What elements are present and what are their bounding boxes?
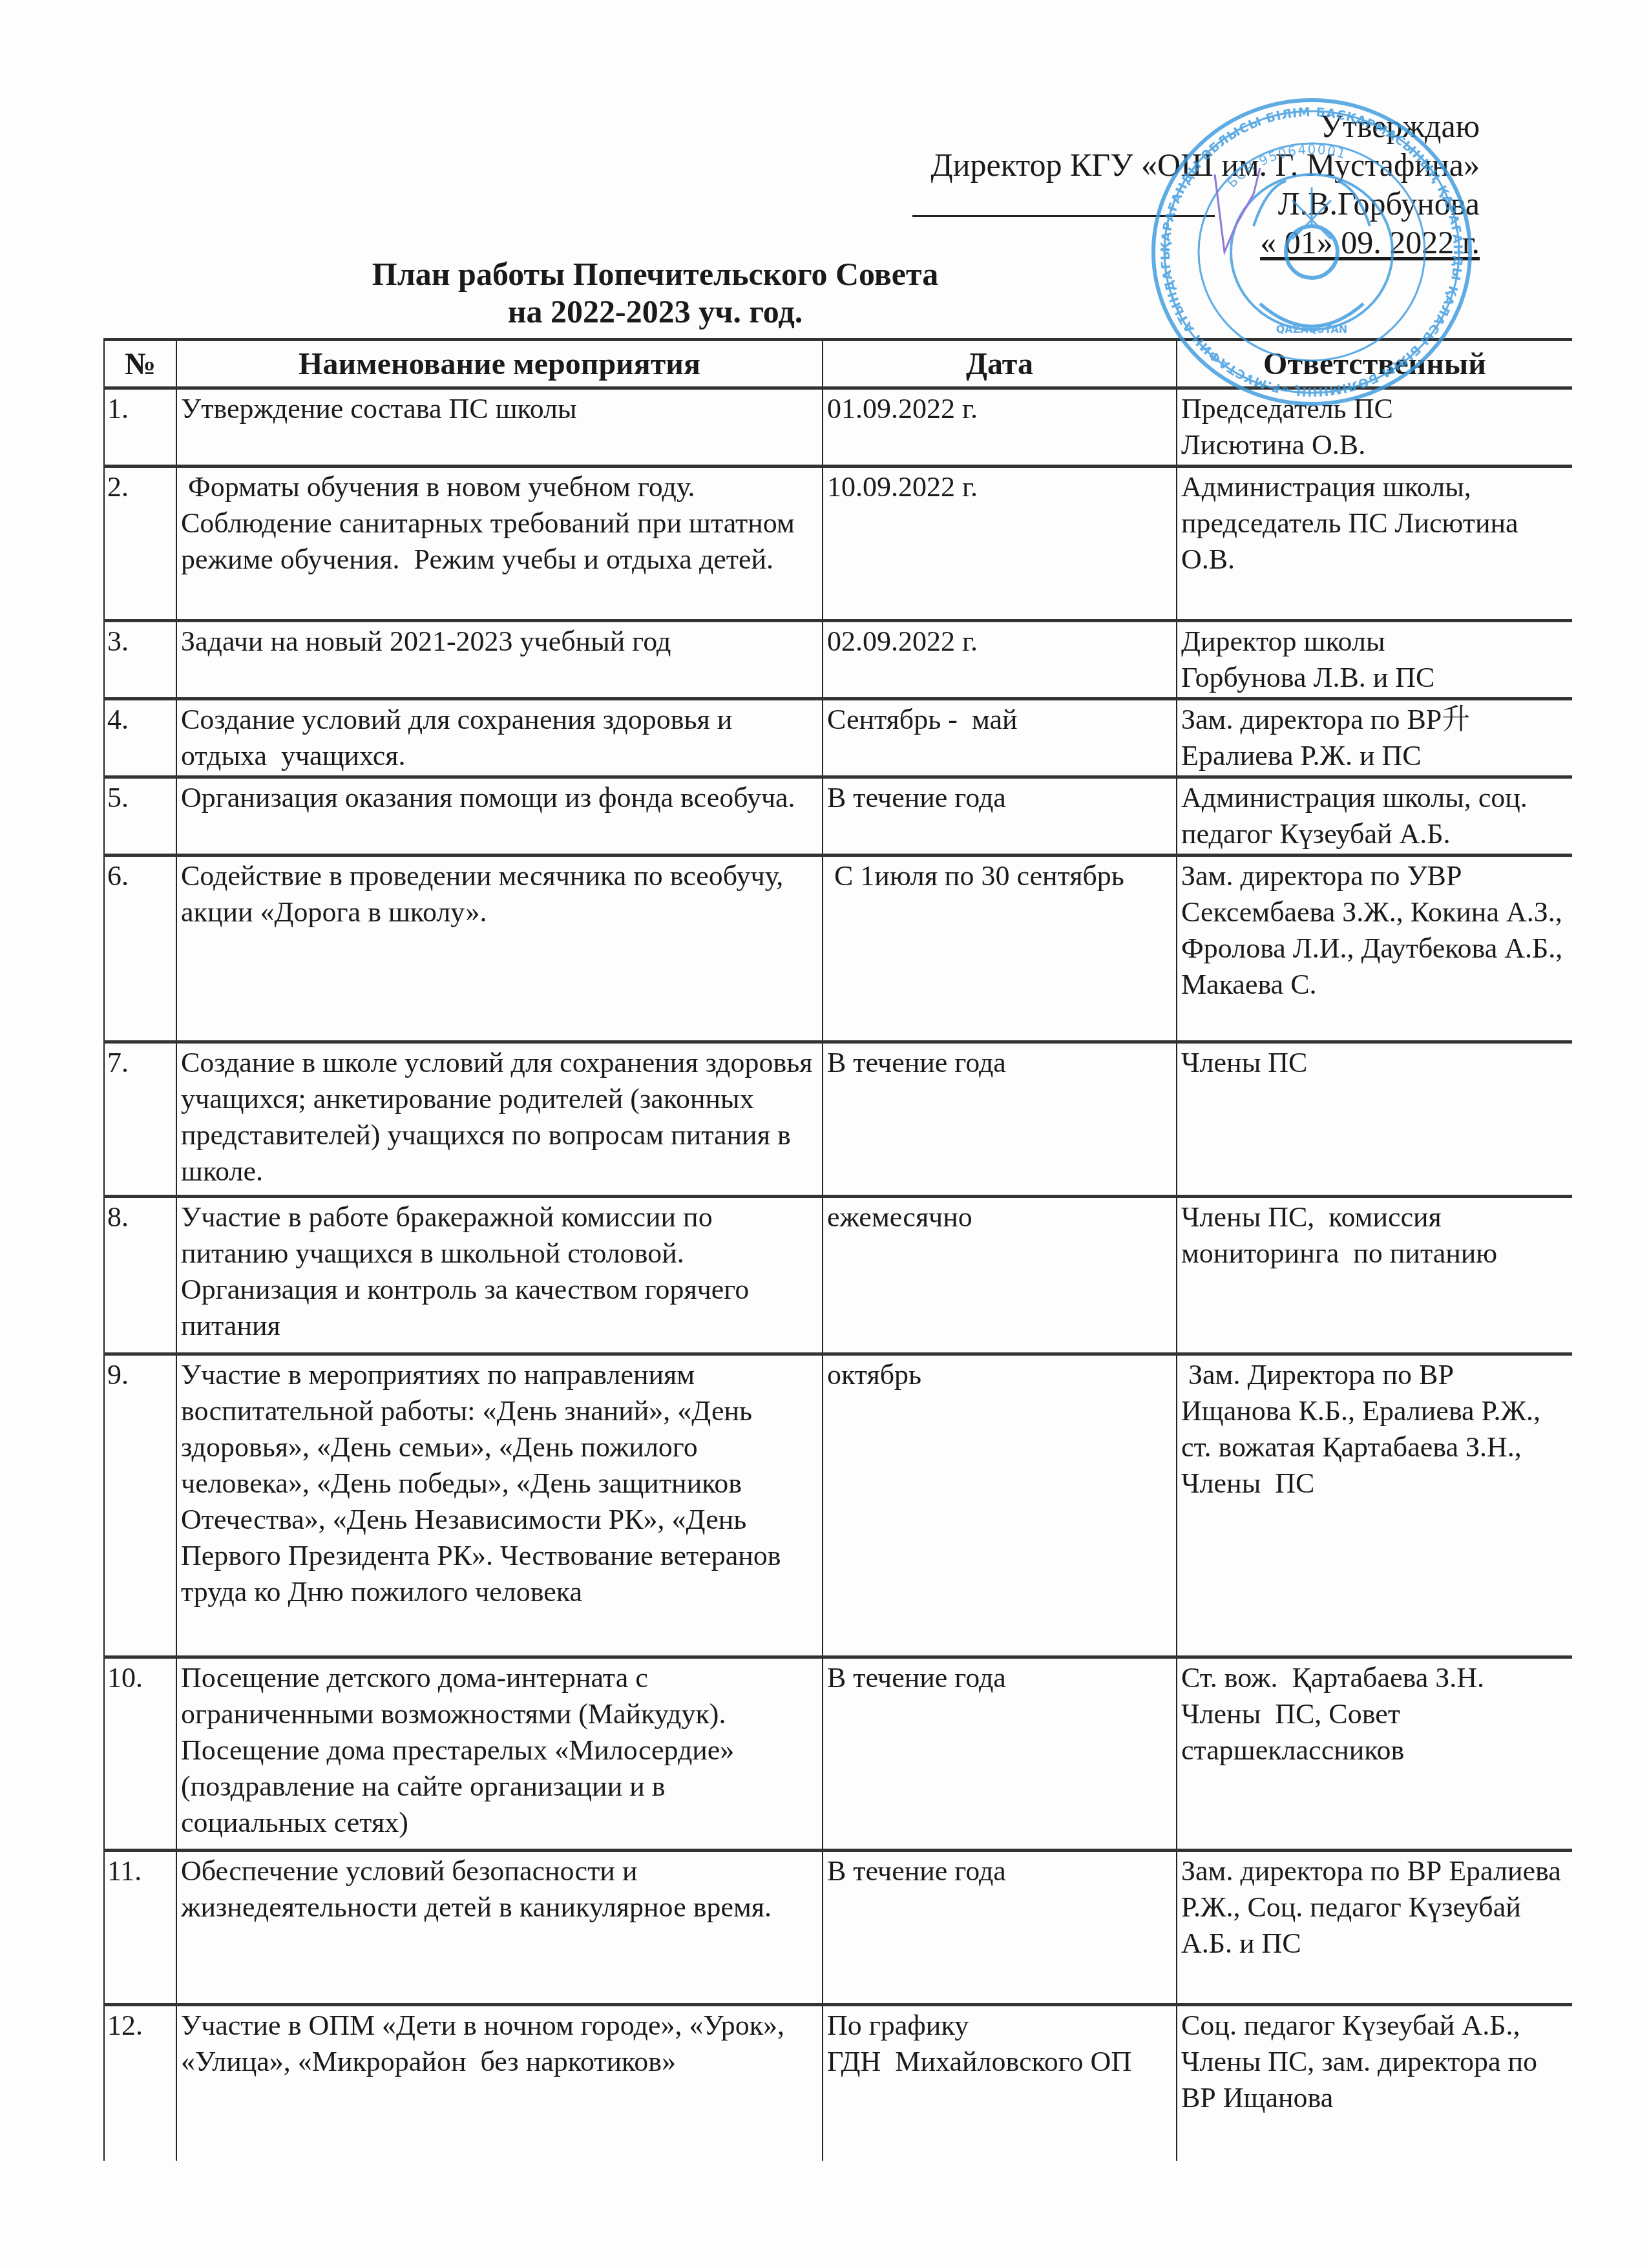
row-number: 12. [104, 2005, 176, 2161]
event-date: Сентябрь - май [823, 699, 1177, 777]
event-responsible: Члены ПС, комиссия мониторинга по питани… [1177, 1197, 1572, 1354]
document-page: Утверждаю Директор КГУ «ОШ им. Г. Мустаф… [0, 0, 1649, 2268]
event-name: Форматы обучения в новом учебном году. С… [176, 467, 823, 621]
row-number: 11. [104, 1851, 176, 2005]
event-name-text: Создание условий для сохранения здоровья… [181, 702, 818, 774]
event-name: Утверждение состава ПС школы [176, 388, 823, 467]
title-line-2: на 2022-2023 уч. год. [0, 293, 1480, 330]
header-responsible: Ответственный [1177, 340, 1572, 388]
event-responsible: Соц. педагог Күзеубай А.Б., Члены ПС, за… [1177, 2005, 1572, 2161]
event-date: октябрь [823, 1354, 1177, 1657]
event-date: В течение года [823, 1657, 1177, 1851]
event-responsible-text: Администрация школы, председатель ПС Лис… [1181, 469, 1568, 578]
row-number-text: 4. [107, 702, 172, 738]
event-date-text: В течение года [827, 1660, 1172, 1696]
event-name: Задачи на новый 2021-2023 учебный год [176, 621, 823, 699]
header-date: Дата [823, 340, 1177, 388]
row-number-text: 11. [107, 1853, 172, 1889]
event-date-text: В течение года [827, 1853, 1172, 1889]
event-responsible-text: Председатель ПС Лисютина О.В. [1181, 391, 1568, 463]
table-header-row: № Наименование мероприятия Дата Ответств… [104, 340, 1572, 388]
event-date-text: октябрь [827, 1357, 1172, 1393]
row-number: 3. [104, 621, 176, 699]
row-number-text: 2. [107, 469, 172, 505]
event-date: 10.09.2022 г. [823, 467, 1177, 621]
row-number-text: 6. [107, 858, 172, 894]
row-number: 2. [104, 467, 176, 621]
event-responsible-text: Администрация школы, соц. педагог Күзеуб… [1181, 780, 1568, 852]
event-responsible: Администрация школы, председатель ПС Лис… [1177, 467, 1572, 621]
header-number: № [104, 340, 176, 388]
event-responsible: Директор школы Горбунова Л.В. и ПС [1177, 621, 1572, 699]
event-date: В течение года [823, 777, 1177, 856]
event-date-text: По графику ГДН Михайловского ОП [827, 2008, 1172, 2080]
event-date-text: В течение года [827, 780, 1172, 816]
event-responsible: Ст. вож. Қартабаева З.Н. Члены ПС, Совет… [1177, 1657, 1572, 1851]
row-number-text: 10. [107, 1660, 172, 1696]
event-responsible: Члены ПС [1177, 1042, 1572, 1197]
approval-block: Утверждаю Директор КГУ «ОШ им. Г. Мустаф… [931, 107, 1480, 262]
row-number: 4. [104, 699, 176, 777]
event-name: Создание условий для сохранения здоровья… [176, 699, 823, 777]
header-event-name: Наименование мероприятия [176, 340, 823, 388]
event-name: Создание в школе условий для сохранения … [176, 1042, 823, 1197]
event-date-text: Сентябрь - май [827, 702, 1172, 738]
table-row: 5.Организация оказания помощи из фонда в… [104, 777, 1572, 856]
row-number: 1. [104, 388, 176, 467]
event-date: В течение года [823, 1042, 1177, 1197]
table-row: 7.Создание в школе условий для сохранени… [104, 1042, 1572, 1197]
event-responsible-text: Зам. директора по ВР Ералиева Р.Ж., Соц.… [1181, 1853, 1568, 1962]
row-number-text: 3. [107, 624, 172, 660]
event-responsible-text: Зам. директора по УВР Сексембаева З.Ж., … [1181, 858, 1568, 1003]
event-responsible: Администрация школы, соц. педагог Күзеуб… [1177, 777, 1572, 856]
event-date-text: 01.09.2022 г. [827, 391, 1172, 427]
approve-label: Утверждаю [931, 107, 1480, 145]
event-name: Участие в работе бракеражной комиссии по… [176, 1197, 823, 1354]
row-number-text: 9. [107, 1357, 172, 1393]
event-responsible-text: Зам. директора по ВР升 Ералиева Р.Ж. и ПС [1181, 702, 1568, 774]
table-row: 8.Участие в работе бракеражной комиссии … [104, 1197, 1572, 1354]
event-responsible-text: Ст. вож. Қартабаева З.Н. Члены ПС, Совет… [1181, 1660, 1568, 1769]
row-number: 10. [104, 1657, 176, 1851]
event-date: По графику ГДН Михайловского ОП [823, 2005, 1177, 2161]
event-name-text: Участие в работе бракеражной комиссии по… [181, 1199, 818, 1344]
event-date-text: ежемесячно [827, 1199, 1172, 1235]
title-line-1: План работы Попечительского Совета [0, 255, 1480, 293]
row-number: 5. [104, 777, 176, 856]
event-name-text: Участие в ОПМ «Дети в ночном городе», «У… [181, 2008, 818, 2080]
event-date: С 1июля по 30 сентябрь [823, 856, 1177, 1042]
signature-line [912, 215, 1215, 217]
event-date-text: В течение года [827, 1045, 1172, 1081]
event-name: Организация оказания помощи из фонда все… [176, 777, 823, 856]
event-name: Посещение детского дома-интерната с огра… [176, 1657, 823, 1851]
event-date: ежемесячно [823, 1197, 1177, 1354]
event-name: Участие в мероприятиях по направлениям в… [176, 1354, 823, 1657]
row-number-text: 12. [107, 2008, 172, 2044]
event-name: Обеспечение условий безопасности и жизне… [176, 1851, 823, 2005]
event-responsible-text: Члены ПС [1181, 1045, 1568, 1081]
table-row: 12.Участие в ОПМ «Дети в ночном городе»,… [104, 2005, 1572, 2161]
event-date: 01.09.2022 г. [823, 388, 1177, 467]
table-row: 3.Задачи на новый 2021-2023 учебный год0… [104, 621, 1572, 699]
table-row: 2. Форматы обучения в новом учебном году… [104, 467, 1572, 621]
event-name-text: Посещение детского дома-интерната с огра… [181, 1660, 818, 1841]
event-responsible-text: Соц. педагог Күзеубай А.Б., Члены ПС, за… [1181, 2008, 1568, 2116]
event-responsible-text: Директор школы Горбунова Л.В. и ПС [1181, 624, 1568, 696]
row-number-text: 8. [107, 1199, 172, 1235]
event-responsible: Зам. директора по УВР Сексембаева З.Ж., … [1177, 856, 1572, 1042]
event-name-text: Утверждение состава ПС школы [181, 391, 818, 427]
event-date-text: 10.09.2022 г. [827, 469, 1172, 505]
approver-name: Л.В.Горбунова [931, 184, 1480, 223]
event-responsible: Председатель ПС Лисютина О.В. [1177, 388, 1572, 467]
event-date-text: 02.09.2022 г. [827, 624, 1172, 660]
row-number: 9. [104, 1354, 176, 1657]
row-number: 6. [104, 856, 176, 1042]
event-responsible-text: Зам. Директора по ВР Ищанова К.Б., Ерали… [1181, 1357, 1568, 1502]
table-row: 11.Обеспечение условий безопасности и жи… [104, 1851, 1572, 2005]
event-name: Содействие в проведении месячника по все… [176, 856, 823, 1042]
row-number-text: 5. [107, 780, 172, 816]
event-date: В течение года [823, 1851, 1177, 2005]
event-responsible: Зам. Директора по ВР Ищанова К.Б., Ерали… [1177, 1354, 1572, 1657]
event-name-text: Участие в мероприятиях по направлениям в… [181, 1357, 818, 1610]
plan-table: № Наименование мероприятия Дата Ответств… [103, 338, 1572, 2161]
event-responsible-text: Члены ПС, комиссия мониторинга по питани… [1181, 1199, 1568, 1272]
row-number-text: 1. [107, 391, 172, 427]
event-name-text: Создание в школе условий для сохранения … [181, 1045, 818, 1190]
event-name-text: Организация оказания помощи из фонда все… [181, 780, 818, 816]
event-date: 02.09.2022 г. [823, 621, 1177, 699]
approver-position: Директор КГУ «ОШ им. Г. Мустафина» [931, 145, 1480, 184]
page-title: План работы Попечительского Совета на 20… [0, 255, 1649, 330]
table-row: 6.Содействие в проведении месячника по в… [104, 856, 1572, 1042]
event-responsible: Зам. директора по ВР Ералиева Р.Ж., Соц.… [1177, 1851, 1572, 2005]
table-row: 1.Утверждение состава ПС школы01.09.2022… [104, 388, 1572, 467]
row-number: 7. [104, 1042, 176, 1197]
row-number-text: 7. [107, 1045, 172, 1081]
row-number: 8. [104, 1197, 176, 1354]
table-row: 4.Создание условий для сохранения здоров… [104, 699, 1572, 777]
event-date-text: С 1июля по 30 сентябрь [827, 858, 1172, 894]
event-responsible: Зам. директора по ВР升 Ералиева Р.Ж. и ПС [1177, 699, 1572, 777]
event-name-text: Форматы обучения в новом учебном году. С… [181, 469, 818, 578]
event-name: Участие в ОПМ «Дети в ночном городе», «У… [176, 2005, 823, 2161]
table-row: 10.Посещение детского дома-интерната с о… [104, 1657, 1572, 1851]
event-name-text: Задачи на новый 2021-2023 учебный год [181, 624, 818, 660]
event-name-text: Обеспечение условий безопасности и жизне… [181, 1853, 818, 1926]
event-name-text: Содействие в проведении месячника по все… [181, 858, 818, 930]
table-row: 9.Участие в мероприятиях по направлениям… [104, 1354, 1572, 1657]
